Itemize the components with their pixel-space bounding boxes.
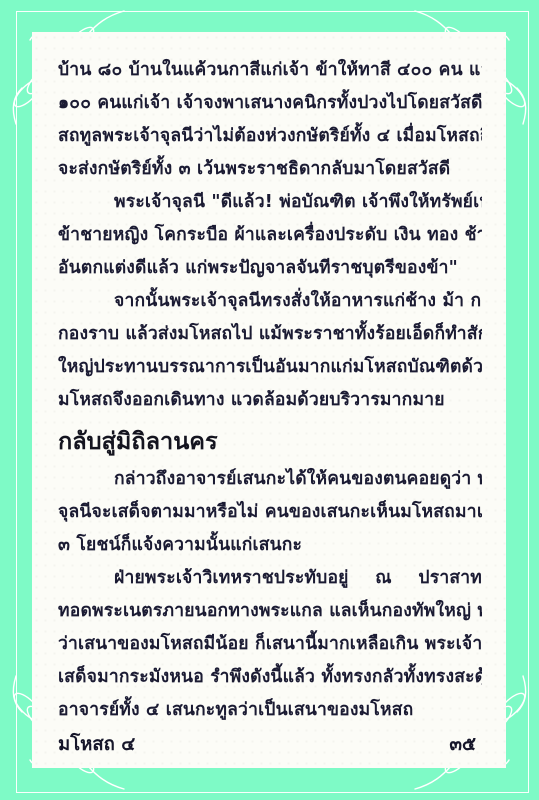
text-line: จากนั้นพระเจ้าจุลนีทรงสั่งให้อาหารแก่ช้า… [58,285,482,318]
text-line: ข้าชายหญิง โคกระบือ ผ้าและเครื่องประดับ … [58,219,482,252]
text-line: มโหสถจึงออกเดินทาง แวดล้อมด้วยบริวารมากม… [58,384,482,417]
text-line: เสด็จมากระมังหนอ รำพึงดังนี้แล้ว ทั้งทรง… [58,661,482,694]
page-text: บ้าน ๘๐ บ้านในแค้วนกาสีแก่เจ้า ข้าให้ทาส… [58,54,482,727]
text-line: ทอดพระเนตรภายนอกทางพระแกล แลเห็นกองทัพให… [58,595,482,628]
paragraph: จากนั้นพระเจ้าจุลนีทรงสั่งให้อาหารแก่ช้า… [58,285,482,417]
text-line: อันตกแต่งดีแล้ว แก่พระปัญจาลจันทีราชบุตร… [58,252,482,285]
book-page: บ้าน ๘๐ บ้านในแค้วนกาสีแก่เจ้า ข้าให้ทาส… [0,0,539,800]
text-line: กองราบ แล้วส่งมโหสถไป แม้พระราชาทั้งร้อย… [58,318,482,351]
paragraph: ฝ่ายพระเจ้าวิเทหราชประทับอยู่ ณ ปราสาท ท… [58,562,482,727]
paragraph: บ้าน ๘๐ บ้านในแค้วนกาสีแก่เจ้า ข้าให้ทาส… [58,54,482,186]
text-line: จุลนีจะเสด็จตามมาหรือไม่ คนของเสนกะเห็นม… [58,496,482,529]
footer-page-number: ๓๕ [449,731,482,759]
text-line: พระเจ้าจุลนี "ดีแล้ว! พ่อบัณฑิต เจ้าพึงใ… [58,186,482,219]
text-line: สถทูลพระเจ้าจุลนีว่าไม่ต้องห่วงกษัตริย์ท… [58,120,482,153]
text-line: จะส่งกษัตริย์ทั้ง ๓ เว้นพระราชธิดากลับมา… [58,153,482,186]
section-heading: กลับสู่มิถิลานคร [58,422,482,460]
paper-area: บ้าน ๘๐ บ้านในแค้วนกาสีแก่เจ้า ข้าให้ทาส… [32,32,506,768]
footer-book-title: มโหสถ ๔ [58,731,135,759]
text-line: ๑๐๐ คนแก่เจ้า เจ้าจงพาเสนางคนิกรทั้งปวงไ… [58,87,482,120]
text-line: ว่าเสนาของมโหสถมีน้อย ก็เสนานี้มากเหลือเ… [58,628,482,661]
text-line: ใหญ่ประทานบรรณาการเป็นอันมากแก่มโหสถบัณฑ… [58,351,482,384]
text-line: บ้าน ๘๐ บ้านในแค้วนกาสีแก่เจ้า ข้าให้ทาส… [58,54,482,87]
text-line: ฝ่ายพระเจ้าวิเทหราชประทับอยู่ ณ ปราสาท [58,562,482,595]
page-footer: มโหสถ ๔ ๓๕ [58,731,482,759]
text-line: ๓ โยชน์ก็แจ้งความนั้นแก่เสนกะ [58,529,482,562]
paragraph: พระเจ้าจุลนี "ดีแล้ว! พ่อบัณฑิต เจ้าพึงใ… [58,186,482,285]
paragraph: กล่าวถึงอาจารย์เสนกะได้ให้คนของตนคอยดูว่… [58,463,482,562]
text-line: กล่าวถึงอาจารย์เสนกะได้ให้คนของตนคอยดูว่… [58,463,482,496]
text-line: อาจารย์ทั้ง ๔ เสนกะทูลว่าเป็นเสนาของมโหส… [58,694,482,727]
